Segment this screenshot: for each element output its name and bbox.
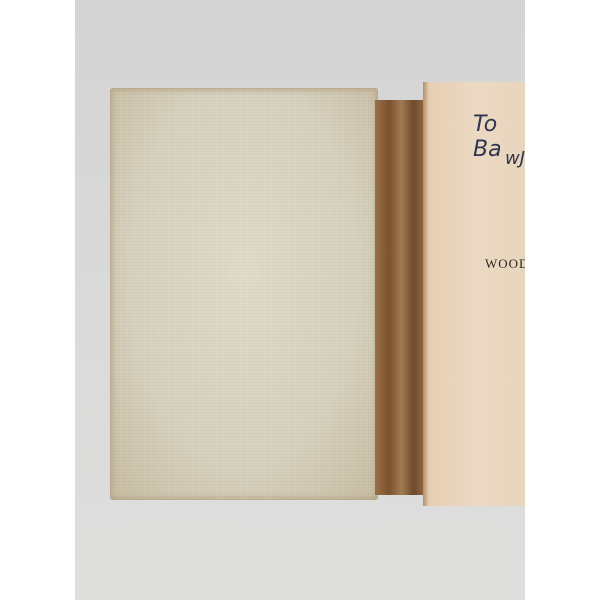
book-spine	[375, 100, 423, 495]
cloth-cover	[110, 88, 378, 500]
title-page: To Ba wJ WOOD	[423, 82, 525, 506]
inscription-line-2: wJ	[505, 148, 525, 169]
photo-background: To Ba wJ WOOD	[75, 0, 525, 600]
printed-title-fragment: WOOD	[485, 256, 525, 272]
